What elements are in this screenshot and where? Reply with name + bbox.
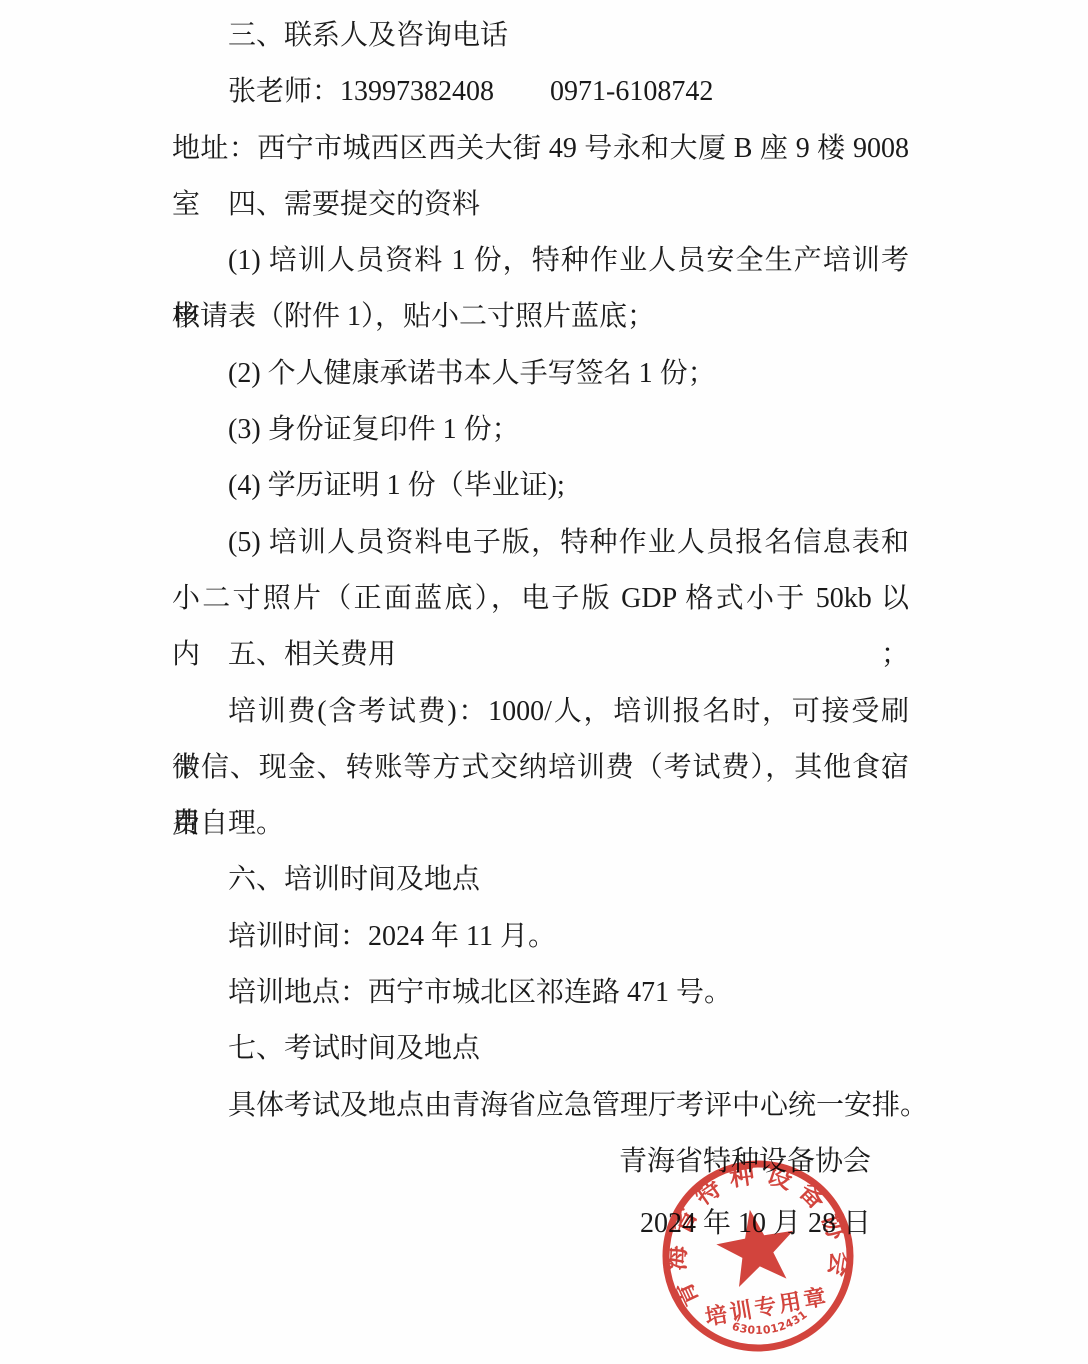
doc-line-fee2: 微信、现金、转账等方式交纳培训费（考试费），其他食宿费 [172, 740, 909, 796]
seal-banner-text: 培训专用章 [703, 1284, 830, 1330]
section-heading-contacts: 三、联系人及咨询电话 [172, 8, 909, 64]
section-heading-materials: 四、需要提交的资料 [172, 177, 909, 233]
doc-line-item5: (5) 培训人员资料电子版，特种作业人员报名信息表和 [172, 515, 909, 571]
doc-line-exam-info: 具体考试及地点由青海省应急管理厅考评中心统一安排。 [172, 1078, 909, 1134]
section-heading-training: 六、培训时间及地点 [172, 852, 909, 908]
star-icon [711, 1203, 801, 1290]
doc-line-fee1: 培训费(含考试费)：1000/人，培训报名时，可接受刷卡、 [172, 684, 909, 740]
section-heading-exam: 七、考试时间及地点 [172, 1021, 909, 1077]
official-seal: 青海省特种设备协会 培训专用章 6301012431369 [642, 1140, 874, 1364]
doc-line-item5-cont: 小二寸照片（正面蓝底），电子版 GDP 格式小于 50kb 以内； [172, 571, 909, 627]
doc-line-contact-phones: 张老师：13997382408 0971-6108742 [172, 64, 909, 120]
doc-line-item2: (2) 个人健康承诺书本人手写签名 1 份； [172, 346, 909, 402]
doc-line-item1: (1) 培训人员资料 1 份，特种作业人员安全生产培训考核 [172, 233, 909, 289]
doc-line-fee3: 用自理。 [172, 796, 909, 852]
doc-line-address: 地址：西宁市城西区西关大街 49 号永和大厦 B 座 9 楼 9008 室 [172, 121, 909, 177]
doc-line-training-time: 培训时间：2024 年 11 月。 [172, 909, 909, 965]
doc-line-training-place: 培训地点：西宁市城北区祁连路 471 号。 [172, 965, 909, 1021]
document-body: 三、联系人及咨询电话 张老师：13997382408 0971-6108742 … [172, 8, 909, 1253]
doc-line-item1-cont: 申请表（附件 1），贴小二寸照片蓝底； [172, 289, 909, 345]
document-page: 三、联系人及咨询电话 张老师：13997382408 0971-6108742 … [0, 0, 1088, 1364]
doc-line-item3: (3) 身份证复印件 1 份； [172, 402, 909, 458]
doc-line-item4: (4) 学历证明 1 份（毕业证); [172, 458, 909, 514]
